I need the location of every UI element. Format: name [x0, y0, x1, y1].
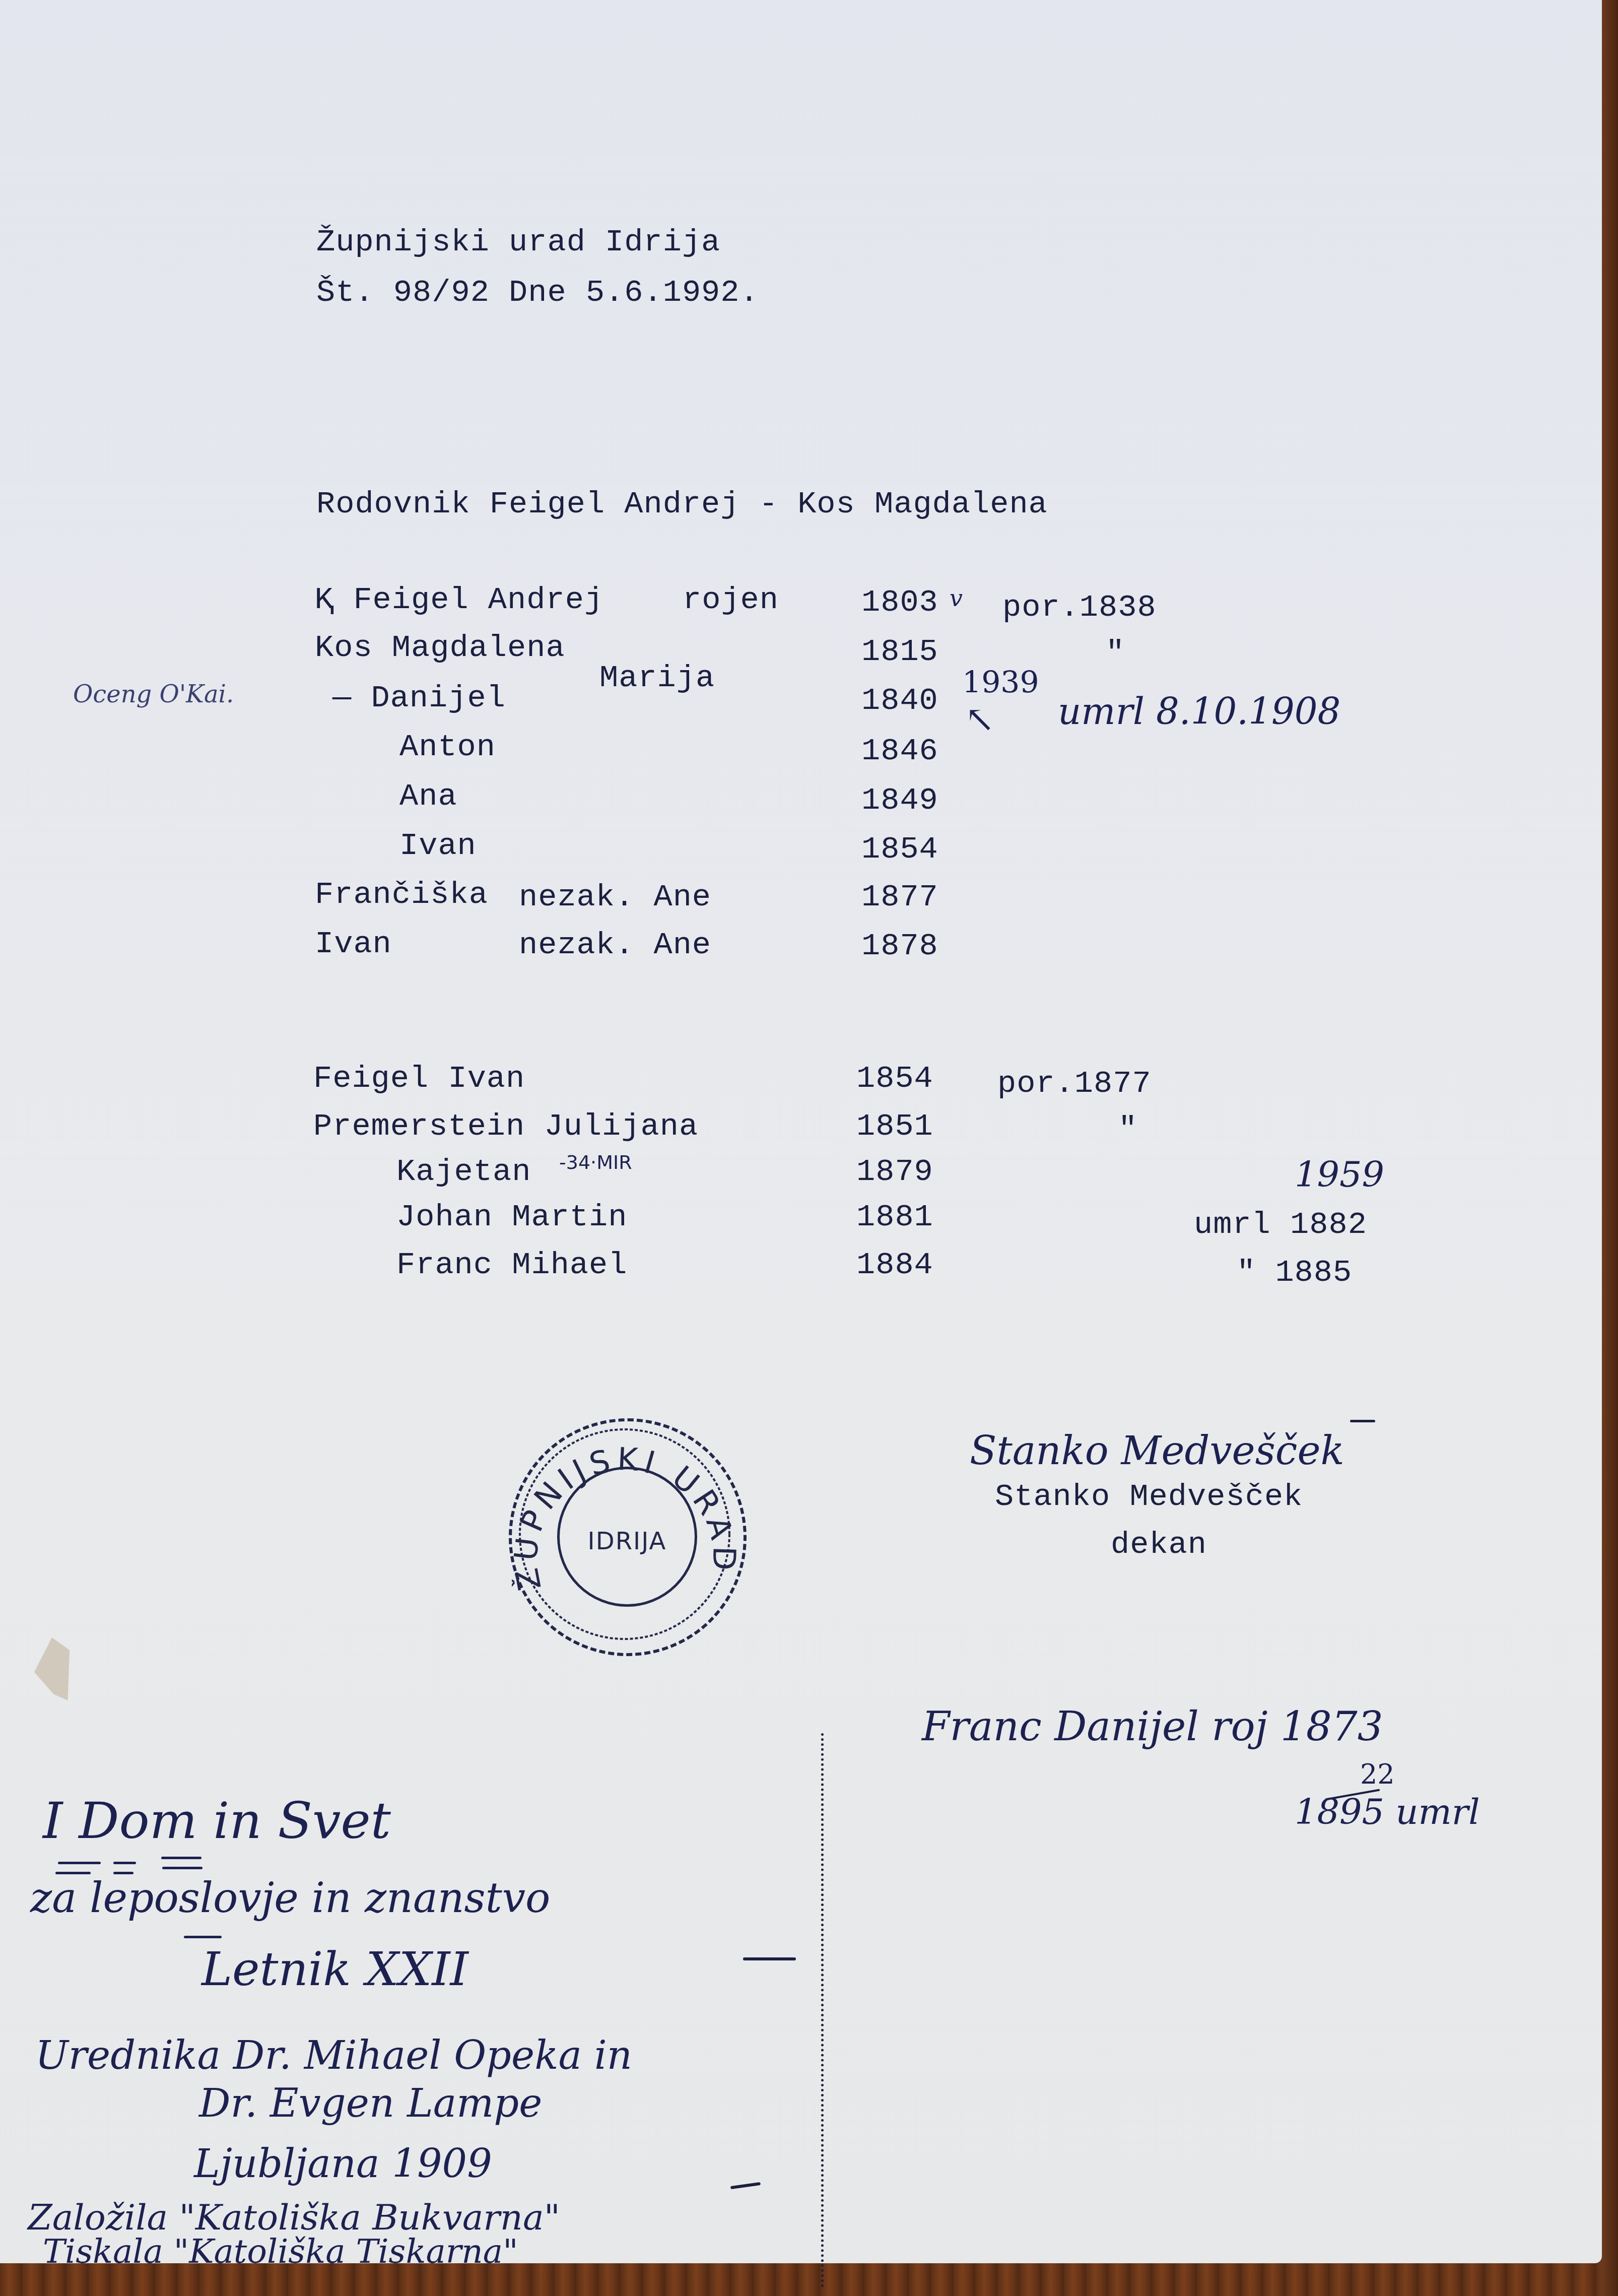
- row-name: Anton: [399, 729, 496, 765]
- row-name: Feigel Ivan: [313, 1061, 525, 1096]
- row-year: 1881: [856, 1199, 933, 1235]
- row-year: 1803: [861, 584, 938, 620]
- signatory-role: dekan: [1111, 1527, 1207, 1562]
- kajetan-year-note: 1959: [1295, 1154, 1384, 1195]
- row-name: Ivan: [399, 828, 477, 864]
- stamp-center-text: IDRIJA: [560, 1527, 695, 1555]
- row-note: nezak. Ane: [519, 879, 711, 915]
- row-extra: umrl 1882: [1194, 1207, 1367, 1242]
- signatory-name: Stanko Medvešček: [995, 1479, 1303, 1515]
- row-year: 1854: [856, 1061, 933, 1096]
- row-name: Ana: [399, 778, 457, 814]
- wooden-table-right: [1602, 0, 1618, 2296]
- kajetan-note: -34·MIR: [559, 1151, 632, 1173]
- row-name: — Danijel: [332, 680, 506, 716]
- underline: [113, 1862, 136, 1864]
- franc-danijel-age: 22: [1360, 1758, 1395, 1790]
- row-year: 1884: [856, 1247, 933, 1283]
- note-line-place-year: Ljubljana 1909: [194, 2141, 492, 2187]
- reference-line: Št. 98/92 Dne 5.6.1992.: [316, 275, 759, 310]
- underline: [162, 1867, 203, 1869]
- page-title: Rodovnik Feigel Andrej - Kos Magdalena: [316, 486, 1048, 522]
- document-page: Župnijski urad Idrija Št. 98/92 Dne 5.6.…: [0, 0, 1602, 2263]
- underline: [58, 1862, 101, 1864]
- row-extra: ": [1118, 1111, 1137, 1147]
- row-name: Ivan: [315, 926, 392, 962]
- row-name: Premerstein Julijana: [313, 1108, 698, 1144]
- row-year: 1879: [856, 1154, 933, 1190]
- row-year: 1877: [861, 879, 938, 915]
- note-line-editors: Urednika Dr. Mihael Opeka in: [35, 2033, 632, 2078]
- row-note: Marija: [599, 660, 715, 696]
- franc-danijel-death: 1895 umrl: [1295, 1791, 1480, 1832]
- row-year: 1878: [861, 928, 938, 964]
- dash-mark: [743, 1957, 796, 1960]
- row-extra: ": [1106, 635, 1125, 671]
- row-year: 1849: [861, 782, 938, 818]
- arrow-icon: ↖: [965, 698, 995, 740]
- row-name: Kos Magdalena: [315, 630, 565, 666]
- margin-note: Oceng O'Kai.: [73, 680, 234, 708]
- row-note: rojen: [683, 582, 779, 618]
- stamp-inner-circle: IDRIJA: [557, 1467, 697, 1607]
- row-year: 1815: [861, 634, 938, 670]
- row-year: 1851: [856, 1108, 933, 1144]
- overline: [184, 1936, 222, 1938]
- note-line-volume: Letnik XXII: [201, 1942, 468, 1996]
- franc-danijel-note: Franc Danijel roj 1873: [922, 1703, 1383, 1750]
- row-name: Ⱪ Feigel Andrej: [315, 582, 603, 618]
- note-line-subtitle: za leposlovje in znanstvo: [30, 1874, 550, 1922]
- danijel-death-note: umrl 8.10.1908: [1058, 690, 1340, 733]
- dash-mark: [730, 2182, 761, 2189]
- note-line-editor2: Dr. Evgen Lampe: [199, 2081, 542, 2126]
- signature-hacek: [1350, 1420, 1375, 1422]
- row-note: nezak. Ane: [519, 927, 711, 963]
- parish-stamp: ŽUPNIJSKI URAD IDRIJA: [509, 1418, 747, 1656]
- check-mark: v: [950, 584, 963, 612]
- row-name: Frančiška: [315, 877, 488, 912]
- office-name: Župnijski urad Idrija: [316, 224, 720, 260]
- row-name: Franc Mihael: [396, 1247, 627, 1283]
- row-year: 1854: [861, 831, 938, 867]
- row-extra: por.1877: [997, 1066, 1152, 1101]
- row-year: 1846: [861, 733, 938, 769]
- underline: [161, 1857, 201, 1859]
- note-line-title: I Dom in Svet: [43, 1791, 391, 1850]
- row-year: 1840: [861, 683, 938, 718]
- note-line-printer: Tiskala "Katoliška Tiskarna": [43, 2232, 518, 2271]
- row-extra: por.1838: [1002, 589, 1157, 625]
- row-extra: " 1885: [1237, 1255, 1352, 1290]
- row-name: Johan Martin: [396, 1199, 627, 1235]
- row-name: Kajetan: [396, 1154, 531, 1190]
- signature-scribble: Stanko Medvešček: [970, 1428, 1344, 1474]
- danijel-year-note: 1939: [962, 665, 1039, 700]
- vertical-divider: [821, 1733, 824, 2287]
- paper-stain: [34, 1637, 70, 1700]
